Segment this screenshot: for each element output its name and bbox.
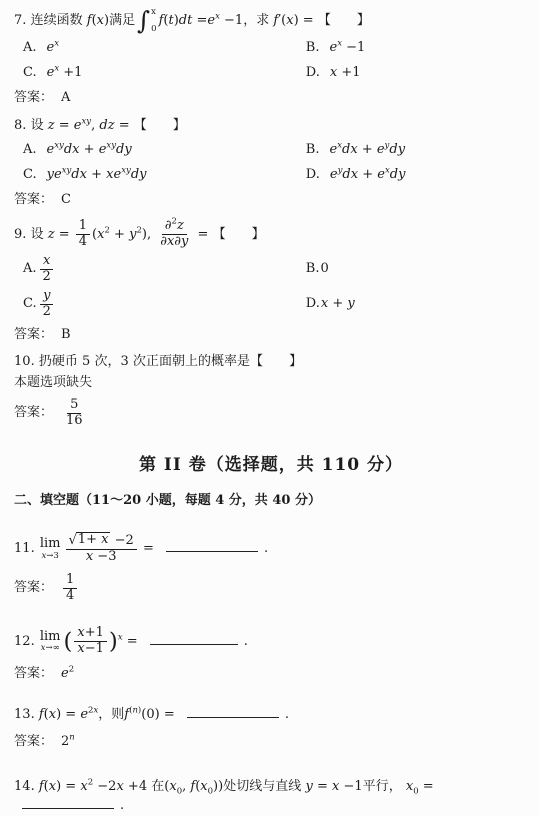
- question-7-option-d: D. x +1: [306, 64, 528, 83]
- option-label: B.: [306, 260, 320, 279]
- question-9: 9. 设 z = 14(x2 + y2), ∂2z∂x∂y = 【 】 A. x…: [14, 219, 528, 344]
- question-8-option-d: D. eydx + exdy: [306, 166, 528, 185]
- question-9-options-ab: A. x2 B. 0: [14, 254, 528, 285]
- question-13-stem: 13. f(x) = e2x，则f(n)(0) = .: [14, 706, 528, 726]
- question-8-option-c: C. yexydx + xexydy: [23, 166, 306, 185]
- option-label: C.: [23, 295, 37, 314]
- section-subtitle: 二、填空题（11～20 小题，每题 4 分，共 40 分）: [14, 492, 528, 511]
- question-9-answer: 答案： B: [14, 326, 528, 345]
- question-9-option-c: C. y2: [23, 289, 306, 320]
- answer-value: 516: [61, 398, 88, 429]
- answer-value: e2: [61, 665, 74, 684]
- question-7-options-ab: A. ex B. ex −1: [14, 39, 528, 58]
- question-9-option-b: B. 0: [306, 260, 528, 279]
- answer-label: 答案：: [14, 191, 53, 210]
- option-formula: x +1: [330, 64, 361, 83]
- question-12-stem: 12. limx→∞(x+1x−1)x = .: [14, 626, 528, 657]
- option-label: A.: [23, 260, 37, 279]
- option-formula: eydx + exdy: [330, 166, 406, 185]
- question-11-stem: 11. limx→3√1+ x −2x −3 = .: [14, 532, 528, 565]
- question-9-options-cd: C. y2 D. x + y: [14, 289, 528, 320]
- option-formula: ex: [47, 39, 60, 58]
- option-formula: x + y: [321, 295, 355, 314]
- question-12: 12. limx→∞(x+1x−1)x = . 答案： e2: [14, 626, 528, 684]
- question-10-stem: 10. 扔硬币 5 次，3 次正面朝上的概率是【 】: [14, 353, 528, 372]
- question-8-stem: 8. 设 z = exy, dz = 【 】: [14, 117, 528, 136]
- answer-label: 答案：: [14, 665, 53, 684]
- option-label: A.: [23, 141, 37, 160]
- question-13-answer: 答案： 2n: [14, 733, 528, 752]
- answer-value: B: [61, 326, 71, 345]
- question-8-options-ab: A. exydx + exydy B. exdx + eydy: [14, 141, 528, 160]
- option-formula: x2: [38, 254, 56, 285]
- question-8-option-a: A. exydx + exydy: [23, 141, 306, 160]
- answer-value: C: [61, 191, 71, 210]
- option-label: A.: [23, 39, 37, 58]
- question-14-stem: 14. f(x) = x2 −2x +4 在(x0, f(x0))处切线与直线 …: [14, 778, 528, 816]
- option-label: C.: [23, 166, 37, 185]
- answer-label: 答案：: [14, 326, 53, 345]
- answer-label: 答案：: [14, 404, 53, 423]
- question-7: 7. 连续函数 f(x)满足∫x0f(t)dt =ex −1，求 f′(x) =…: [14, 8, 528, 108]
- question-8: 8. 设 z = exy, dz = 【 】 A. exydx + exydy …: [14, 117, 528, 210]
- question-9-stem: 9. 设 z = 14(x2 + y2), ∂2z∂x∂y = 【 】: [14, 219, 528, 250]
- question-7-answer: 答案： A: [14, 89, 528, 108]
- option-formula: 0: [320, 260, 328, 279]
- option-formula: exdx + eydy: [329, 141, 405, 160]
- section-title: 第 II 卷（选择题，共 110 分）: [14, 453, 528, 478]
- question-7-option-c: C. ex +1: [23, 64, 306, 83]
- option-label: B.: [306, 39, 320, 58]
- option-formula: yexydx + xexydy: [47, 166, 147, 185]
- option-formula: exydx + exydy: [47, 141, 132, 160]
- question-14: 14. f(x) = x2 −2x +4 在(x0, f(x0))处切线与直线 …: [14, 778, 528, 816]
- option-label: D.: [306, 64, 320, 83]
- question-10-answer: 答案： 516: [14, 398, 528, 429]
- question-10-missing-options-note: 本题选项缺失: [14, 374, 528, 393]
- option-label: C.: [23, 64, 37, 83]
- question-10: 10. 扔硬币 5 次，3 次正面朝上的概率是【 】 本题选项缺失 答案： 51…: [14, 353, 528, 429]
- question-8-answer: 答案： C: [14, 191, 528, 210]
- answer-label: 答案：: [14, 579, 53, 598]
- question-7-stem: 7. 连续函数 f(x)满足∫x0f(t)dt =ex −1，求 f′(x) =…: [14, 8, 528, 33]
- question-7-options-cd: C. ex +1 D. x +1: [14, 64, 528, 83]
- answer-label: 答案：: [14, 733, 53, 752]
- option-label: D.: [306, 295, 320, 314]
- answer-value: 2n: [61, 733, 75, 752]
- question-9-option-d: D. x + y: [306, 295, 528, 314]
- question-7-option-b: B. ex −1: [306, 39, 528, 58]
- answer-value: A: [61, 89, 70, 108]
- question-8-options-cd: C. yexydx + xexydy D. eydx + exdy: [14, 166, 528, 185]
- option-formula: y2: [38, 289, 56, 320]
- question-11: 11. limx→3√1+ x −2x −3 = . 答案： 14: [14, 532, 528, 603]
- option-label: D.: [306, 166, 320, 185]
- question-9-option-a: A. x2: [23, 254, 306, 285]
- fill-in-section: 11. limx→3√1+ x −2x −3 = . 答案： 14 12. li…: [14, 532, 528, 816]
- option-formula: ex +1: [47, 64, 83, 83]
- option-label: B.: [306, 141, 320, 160]
- answer-value: 14: [61, 573, 79, 604]
- question-11-answer: 答案： 14: [14, 573, 528, 604]
- question-8-option-b: B. exdx + eydy: [306, 141, 528, 160]
- answer-label: 答案：: [14, 89, 53, 108]
- exam-page: 7. 连续函数 f(x)满足∫x0f(t)dt =ex −1，求 f′(x) =…: [0, 0, 538, 816]
- option-formula: ex −1: [329, 39, 365, 58]
- question-7-option-a: A. ex: [23, 39, 306, 58]
- question-12-answer: 答案： e2: [14, 665, 528, 684]
- question-13: 13. f(x) = e2x，则f(n)(0) = . 答案： 2n: [14, 706, 528, 752]
